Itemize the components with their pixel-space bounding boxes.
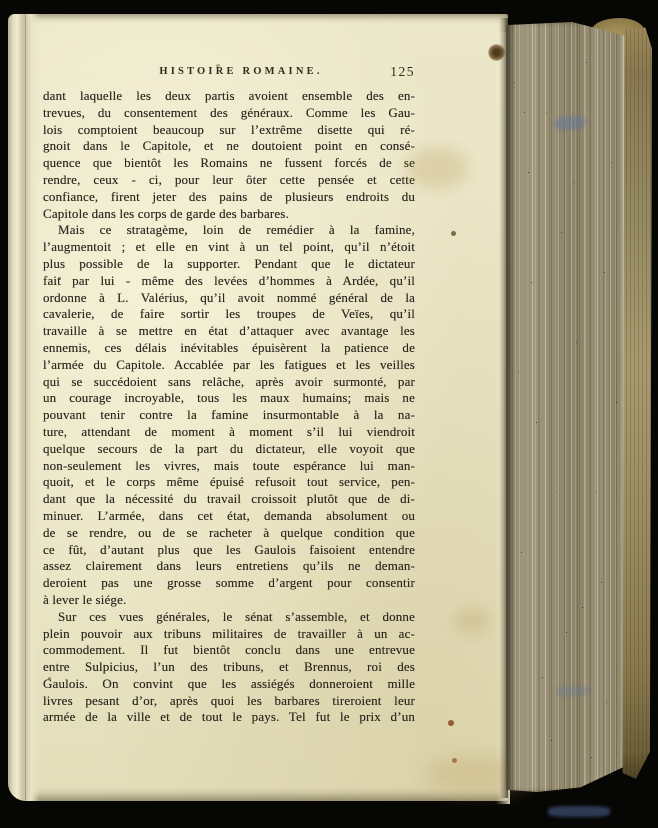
text-line: plein pouvoir aux tribuns militaires de … (43, 626, 415, 643)
text-line: dant laquelle les deux partis avoient en… (43, 88, 415, 105)
text-line: trevues, du consentement des généraux. C… (43, 105, 415, 122)
text-line: deroient pas une grosse somme d’argent p… (43, 575, 415, 592)
foxing-blotch (406, 147, 468, 189)
text-line: qui se succédoient sans relâche, après a… (43, 374, 415, 391)
gutter-crease-line (25, 14, 26, 801)
foxing-blotch (454, 608, 490, 634)
text-line: cavalerie, de faire sortir les troupes d… (43, 306, 415, 323)
text-line: ce fût, d’autant plus que les Gaulois fa… (43, 542, 415, 559)
text-line: entre Sulpicius, l’un des tribuns, et Br… (43, 659, 415, 676)
text-line: de se rendre, ou de se racheter à quelqu… (43, 525, 415, 542)
text-line: travaille à se mettre en état d’attaquer… (43, 323, 415, 340)
book-fore-edge (506, 22, 626, 792)
text-line: assez clairement dans leurs entretiens q… (43, 558, 415, 575)
body-text: dant laquelle les deux partis avoient en… (43, 88, 415, 726)
text-line: Mais ce stratagème, loin de remédier à l… (43, 222, 415, 239)
text-line: l’augmentoit ; et elle en vint à un tel … (43, 239, 415, 256)
text-line: dant que la nécessité du travail croisso… (43, 491, 415, 508)
blue-ink-mark (548, 806, 610, 817)
text-line: Capitole dans les corps de garde des bar… (43, 206, 415, 223)
text-line: armée de la ville et de tout le pays. Te… (43, 709, 415, 726)
text-line: Gaulois. On convint que les assiégés don… (43, 676, 415, 693)
text-line: fait par lui - même des levées d’hommes … (43, 273, 415, 290)
gutter-shading (8, 14, 40, 801)
foxing-spot (451, 231, 456, 236)
text-line: minuer. L’armée, dans cet état, demanda … (43, 508, 415, 525)
text-line: livres pesant d’or, après quoi les barba… (43, 693, 415, 710)
text-line: rendre, ceux - ci, pour leur ôter cette … (43, 172, 415, 189)
text-line: ennemis, ces délais inévitables épuisère… (43, 340, 415, 357)
running-header-title: HISTOIRE ROMAINE. (55, 66, 427, 77)
text-line: un courage incroyable, tous les maux hum… (43, 390, 415, 407)
cover-edge-strip (622, 26, 652, 782)
text-line: à lever le siége. (43, 592, 415, 609)
book-photo: HISTOIRE ROMAINE. 125 dant laquelle les … (0, 0, 658, 828)
text-line: l’armée du Capitole. Accablée par les fa… (43, 357, 415, 374)
text-line: ture, attendant de moment à moment s’il … (43, 424, 415, 441)
ink-speck (48, 677, 51, 680)
text-line: gnoit dans le Capitole, et ne doutoient … (43, 138, 415, 155)
text-line: plus possible de la supporter. Pendant q… (43, 256, 415, 273)
text-line: commodement. Il fut bientôt conclu dans … (43, 642, 415, 659)
text-line: quence que bientôt les Romains ne fussen… (43, 155, 415, 172)
book-page: HISTOIRE ROMAINE. 125 dant laquelle les … (8, 14, 508, 801)
blue-ink-mark (556, 686, 590, 696)
text-line: confiance, firent jeter des pains de plu… (43, 189, 415, 206)
text-line: ordonne à L. Valérius, qu’il avoit nommé… (43, 290, 415, 307)
ink-speck (58, 277, 61, 280)
text-line: pouvant tenir contre la famine insurmont… (43, 407, 415, 424)
text-line: quelque secours de la part du dictateur,… (43, 441, 415, 458)
foxing-spot (452, 758, 457, 763)
fore-edge-speckles (506, 22, 507, 23)
text-line: quoit, et le corps même épuisé refusoit … (43, 474, 415, 491)
text-line: Sur ces vues générales, le sénat s’assem… (43, 609, 415, 626)
ink-speck (216, 64, 220, 67)
running-header: HISTOIRE ROMAINE. 125 (43, 64, 415, 82)
page-number: 125 (390, 64, 415, 80)
text-line: lois comptoient beaucoup sur l’extrême d… (43, 122, 415, 139)
foxing-spot (448, 720, 454, 726)
text-line: non-seulement les vivres, mais toute esp… (43, 458, 415, 475)
